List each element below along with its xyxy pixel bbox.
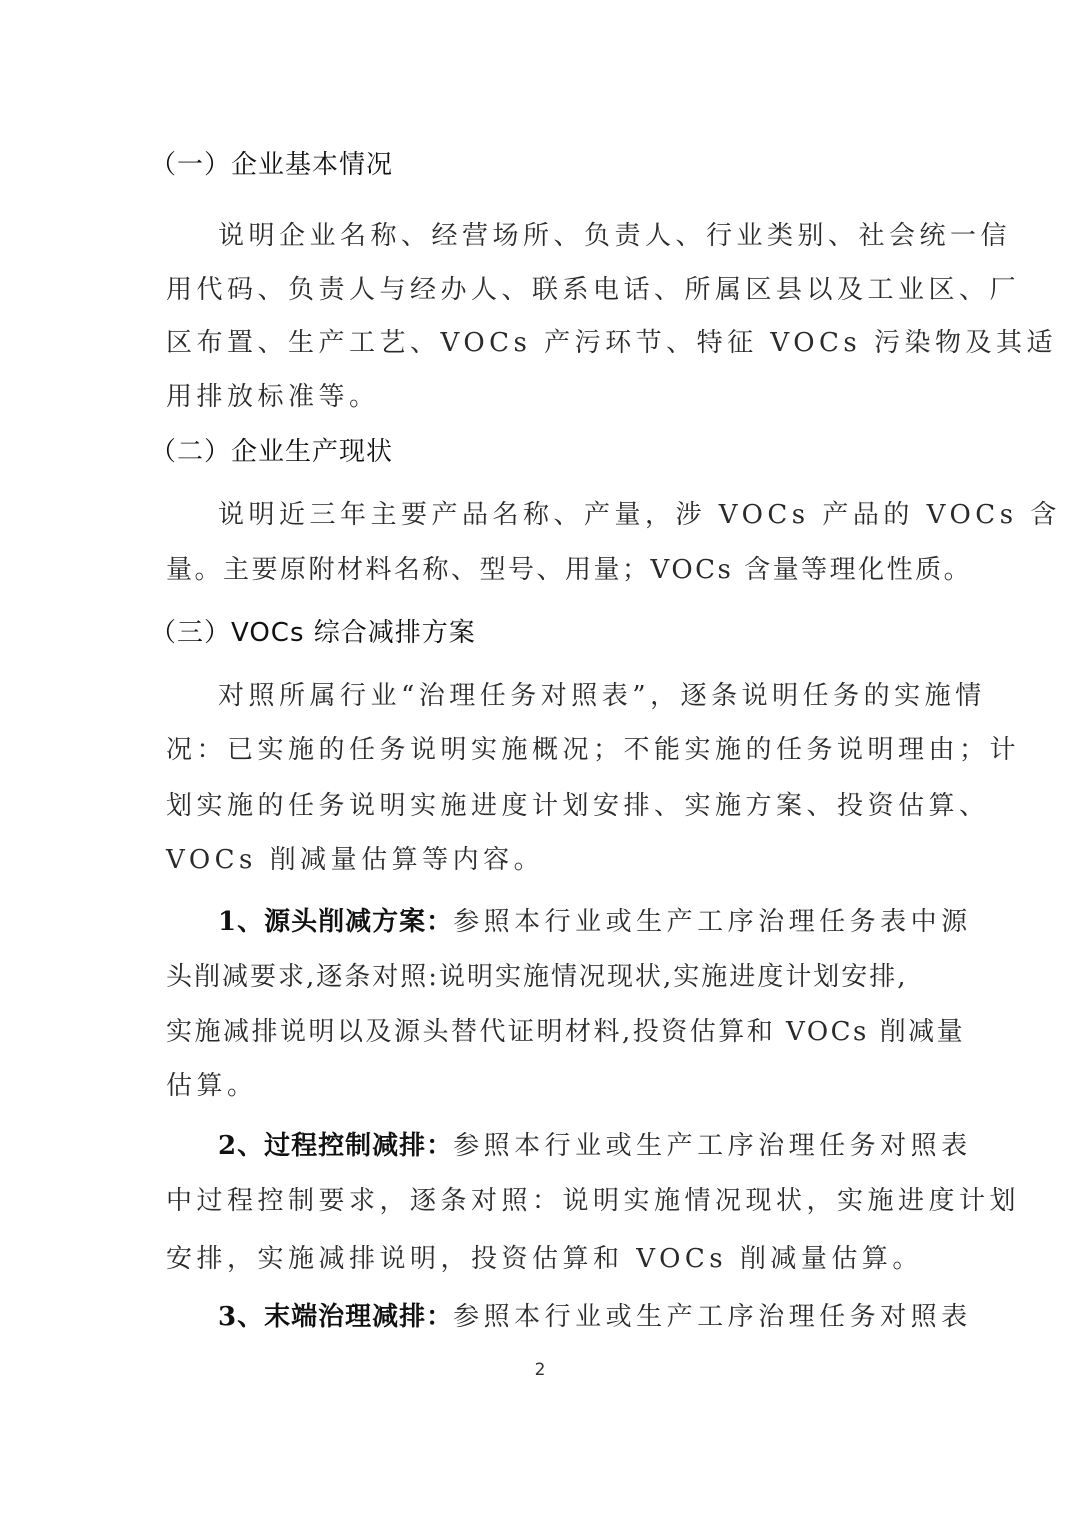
paragraph-line: 区布置、生产工艺、VOCs 产污环节、特征 VOCs 污染物及其适 [166,326,916,360]
paragraph-line: 用代码、负责人与经办人、联系电话、所属区县以及工业区、厂 [166,273,916,307]
page-number: 2 [0,1360,1080,1380]
paragraph-line: 划实施的任务说明实施进度计划安排、实施方案、投资估算、 [166,789,916,823]
item-2-first-line: 2、过程控制减排：参照本行业或生产工序治理任务对照表 [218,1129,916,1163]
paragraph-line: 用排放标准等。 [166,380,916,414]
paragraph-line: 量。主要原附材料名称、型号、用量；VOCs 含量等理化性质。 [166,553,916,587]
item-1-label: 1、源头削减方案： [218,907,453,937]
paragraph-line: 中过程控制要求，逐条对照：说明实施情况现状，实施进度计划 [166,1184,916,1218]
item-3-text: 参照本行业或生产工序治理任务对照表 [453,1302,972,1332]
section-heading-2: （二）企业生产现状 [150,435,900,469]
paragraph-line: VOCs 削减量估算等内容。 [166,843,916,877]
item-2-label: 2、过程控制减排： [218,1131,453,1161]
item-1-first-line: 1、源头削减方案：参照本行业或生产工序治理任务表中源 [218,905,916,939]
item-3-label: 3、末端治理减排： [218,1302,453,1332]
item-3-first-line: 3、末端治理减排：参照本行业或生产工序治理任务对照表 [218,1300,916,1334]
item-1-text: 参照本行业或生产工序治理任务表中源 [453,907,972,937]
section-heading-1: （一）企业基本情况 [150,148,900,182]
section-heading-3: （三）VOCs 综合减排方案 [150,616,900,650]
paragraph-line: 头削减要求,逐条对照:说明实施情况现状,实施进度计划安排, [166,960,916,994]
paragraph-line: 安排，实施减排说明，投资估算和 VOCs 削减量估算。 [166,1242,916,1276]
paragraph-line: 说明企业名称、经营场所、负责人、行业类别、社会统一信 [218,219,916,253]
paragraph-line: 估算。 [166,1069,916,1103]
paragraph-line: 实施减排说明以及源头替代证明材料,投资估算和 VOCs 削减量 [166,1015,916,1049]
document-page: （一）企业基本情况 说明企业名称、经营场所、负责人、行业类别、社会统一信 用代码… [0,0,1080,1527]
paragraph-line: 说明近三年主要产品名称、产量，涉 VOCs 产品的 VOCs 含 [218,498,916,532]
paragraph-line: 对照所属行业“治理任务对照表”，逐条说明任务的实施情 [218,679,916,713]
item-2-text: 参照本行业或生产工序治理任务对照表 [453,1131,972,1161]
paragraph-line: 况：已实施的任务说明实施概况；不能实施的任务说明理由；计 [166,733,916,767]
